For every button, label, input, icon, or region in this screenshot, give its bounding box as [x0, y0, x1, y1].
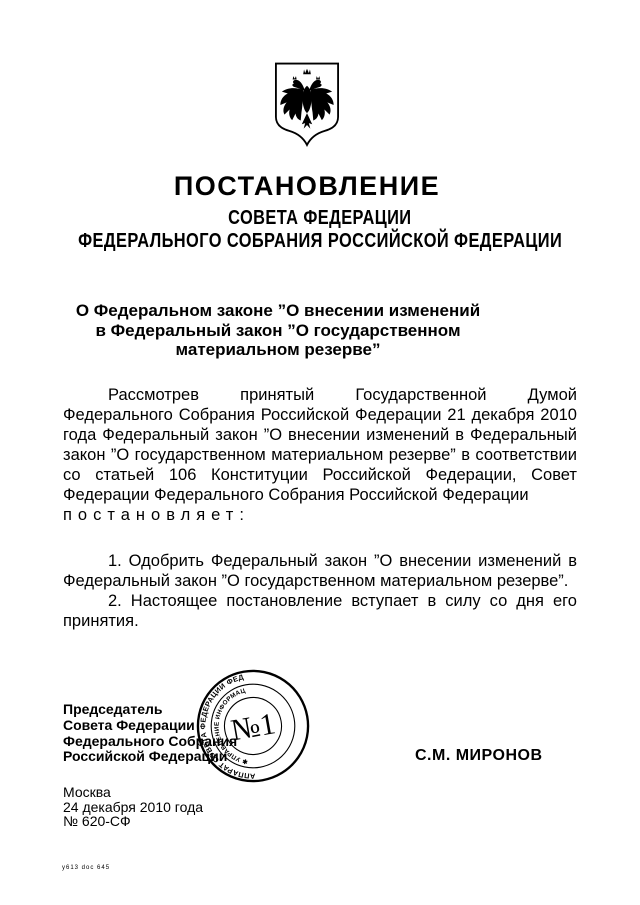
coat-of-arms-icon — [270, 60, 344, 150]
signer-name: С.М. МИРОНОВ — [415, 747, 543, 765]
place-date-block: Москва 24 декабря 2010 года № 620-СФ — [63, 785, 203, 829]
document-page: ПОСТАНОВЛЕНИЕ СОВЕТА ФЕДЕРАЦИИ ФЕДЕРАЛЬН… — [0, 0, 640, 905]
signature-title: Председатель Совета Федерации Федерально… — [63, 702, 237, 765]
resolves-line: постановляет: — [63, 505, 577, 525]
body-paragraph-preamble: Рассмотрев принятый Государственной Думо… — [63, 385, 577, 505]
place-line: Москва — [63, 785, 203, 800]
double-headed-eagle-icon — [280, 69, 333, 129]
document-body: Рассмотрев принятый Государственной Думо… — [63, 385, 577, 631]
resolves-word: постановляет: — [63, 506, 250, 524]
body-item-1: 1. Одобрить Федеральный закон ”О внесени… — [63, 551, 577, 591]
footer-code: у613 doc 645 — [62, 865, 110, 871]
body-item-2: 2. Настоящее постановление вступает в си… — [63, 591, 577, 631]
date-line: 24 декабря 2010 года — [63, 800, 203, 815]
org-name-line1: СОВЕТА ФЕДЕРАЦИИ — [0, 207, 640, 230]
document-type-title: ПОСТАНОВЛЕНИЕ — [0, 171, 614, 202]
document-number: № 620-СФ — [63, 814, 203, 829]
org-name-line2: ФЕДЕРАЛЬНОГО СОБРАНИЯ РОССИЙСКОЙ ФЕДЕРАЦ… — [0, 230, 640, 253]
document-subject: О Федеральном законе ”О внесении изменен… — [45, 301, 511, 360]
